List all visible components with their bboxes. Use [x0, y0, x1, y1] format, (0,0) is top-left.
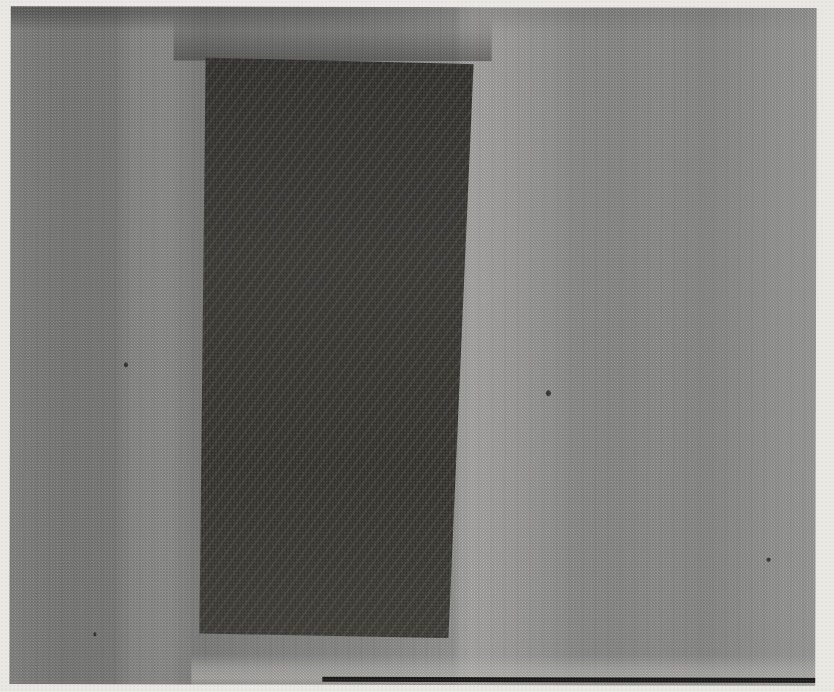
specimen-top-shadow: [174, 14, 492, 61]
dust-speck: [767, 558, 771, 562]
scanned-page: [0, 0, 834, 692]
dust-speck: [546, 390, 551, 396]
scale-bar: [322, 677, 815, 683]
specimen-rectangle: [199, 56, 474, 641]
dust-speck: [124, 362, 128, 367]
dust-speck: [93, 632, 96, 636]
photo-figure: [9, 6, 816, 686]
